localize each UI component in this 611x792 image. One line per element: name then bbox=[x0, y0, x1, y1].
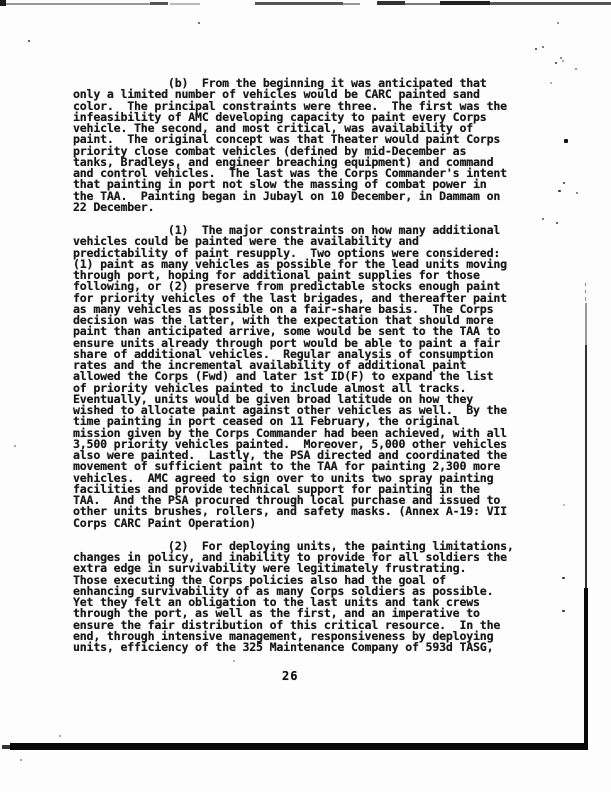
scan-right-line-segment bbox=[584, 588, 588, 746]
scan-top-edge-segment bbox=[377, 1, 405, 5]
scan-speck bbox=[198, 22, 200, 24]
scan-speck bbox=[59, 735, 61, 737]
scan-top-edge-segment bbox=[0, 0, 6, 6]
scan-top-edge-segment bbox=[343, 3, 360, 5]
scan-speck bbox=[575, 68, 577, 70]
scan-top-edge-segment bbox=[490, 2, 611, 5]
scan-speck bbox=[576, 192, 578, 194]
paragraph-1: (1) The major constraints on how many ad… bbox=[73, 225, 573, 529]
scan-right-line-segment bbox=[585, 303, 587, 345]
scan-speck bbox=[14, 445, 16, 447]
paragraph-b: (b) From the beginning it was anticipate… bbox=[73, 78, 573, 213]
scan-speck bbox=[535, 48, 537, 50]
scan-right-line-segment bbox=[585, 345, 587, 588]
page-number: 26 bbox=[282, 669, 298, 683]
scan-top-edge-segment bbox=[405, 3, 440, 5]
scan-speck bbox=[562, 60, 564, 62]
scan-top-edge-segment bbox=[255, 2, 343, 5]
scan-speck bbox=[557, 22, 559, 24]
scan-top-edge-segment bbox=[440, 1, 490, 5]
scan-speck bbox=[20, 759, 22, 761]
scan-speck bbox=[542, 46, 544, 48]
scan-bottom-bar bbox=[10, 743, 588, 750]
scan-speck bbox=[28, 40, 30, 42]
scan-right-line-dash bbox=[585, 297, 586, 301]
scanned-document-page: (b) From the beginning it was anticipate… bbox=[0, 0, 611, 792]
document-text-block: (b) From the beginning it was anticipate… bbox=[73, 78, 573, 665]
scan-top-edge-segment bbox=[170, 3, 200, 5]
scan-top-edge-segment bbox=[150, 2, 168, 5]
paragraph-2: (2) For deploying units, the painting li… bbox=[73, 541, 573, 654]
scan-speck bbox=[560, 57, 562, 59]
scan-right-line-dash bbox=[585, 283, 586, 286]
scan-speck bbox=[555, 62, 557, 64]
scan-top-edge-segment bbox=[6, 3, 150, 5]
scan-right-line-dash bbox=[585, 290, 586, 293]
scan-bottom-bar-tail bbox=[2, 745, 10, 749]
